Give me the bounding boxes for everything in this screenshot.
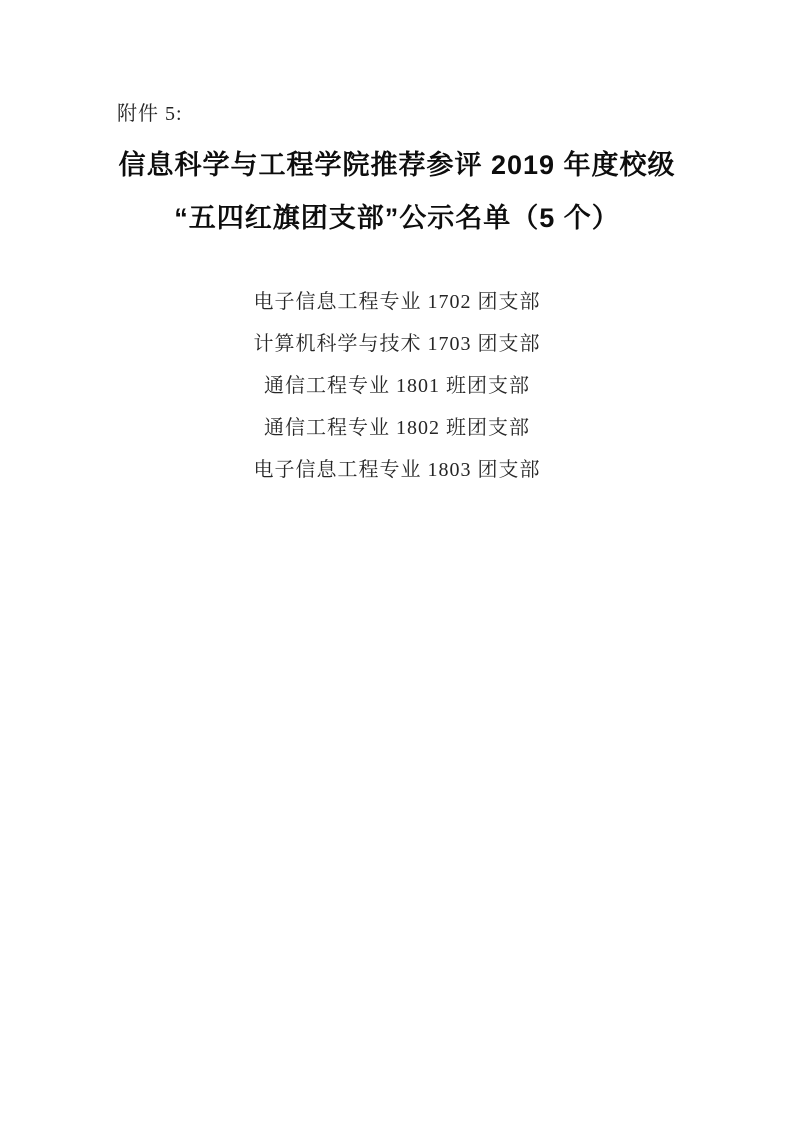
document-title-line-2: “五四红旗团支部”公示名单（5 个） bbox=[0, 192, 794, 245]
list-item-branch-1803: 电子信息工程专业 1803 团支部 bbox=[0, 449, 794, 491]
list-item-branch-1802: 通信工程专业 1802 班团支部 bbox=[0, 407, 794, 449]
document-title-line-1: 信息科学与工程学院推荐参评 2019 年度校级 bbox=[0, 139, 794, 192]
list-item-branch-1702: 电子信息工程专业 1702 团支部 bbox=[0, 281, 794, 323]
branch-list: 电子信息工程专业 1702 团支部 计算机科学与技术 1703 团支部 通信工程… bbox=[0, 281, 794, 491]
list-item-branch-1703: 计算机科学与技术 1703 团支部 bbox=[0, 323, 794, 365]
document-page: 附件 5: 信息科学与工程学院推荐参评 2019 年度校级 “五四红旗团支部”公… bbox=[0, 0, 794, 1122]
attachment-label: 附件 5: bbox=[117, 102, 183, 126]
document-title: 信息科学与工程学院推荐参评 2019 年度校级 “五四红旗团支部”公示名单（5 … bbox=[0, 139, 794, 245]
list-item-branch-1801: 通信工程专业 1801 班团支部 bbox=[0, 365, 794, 407]
